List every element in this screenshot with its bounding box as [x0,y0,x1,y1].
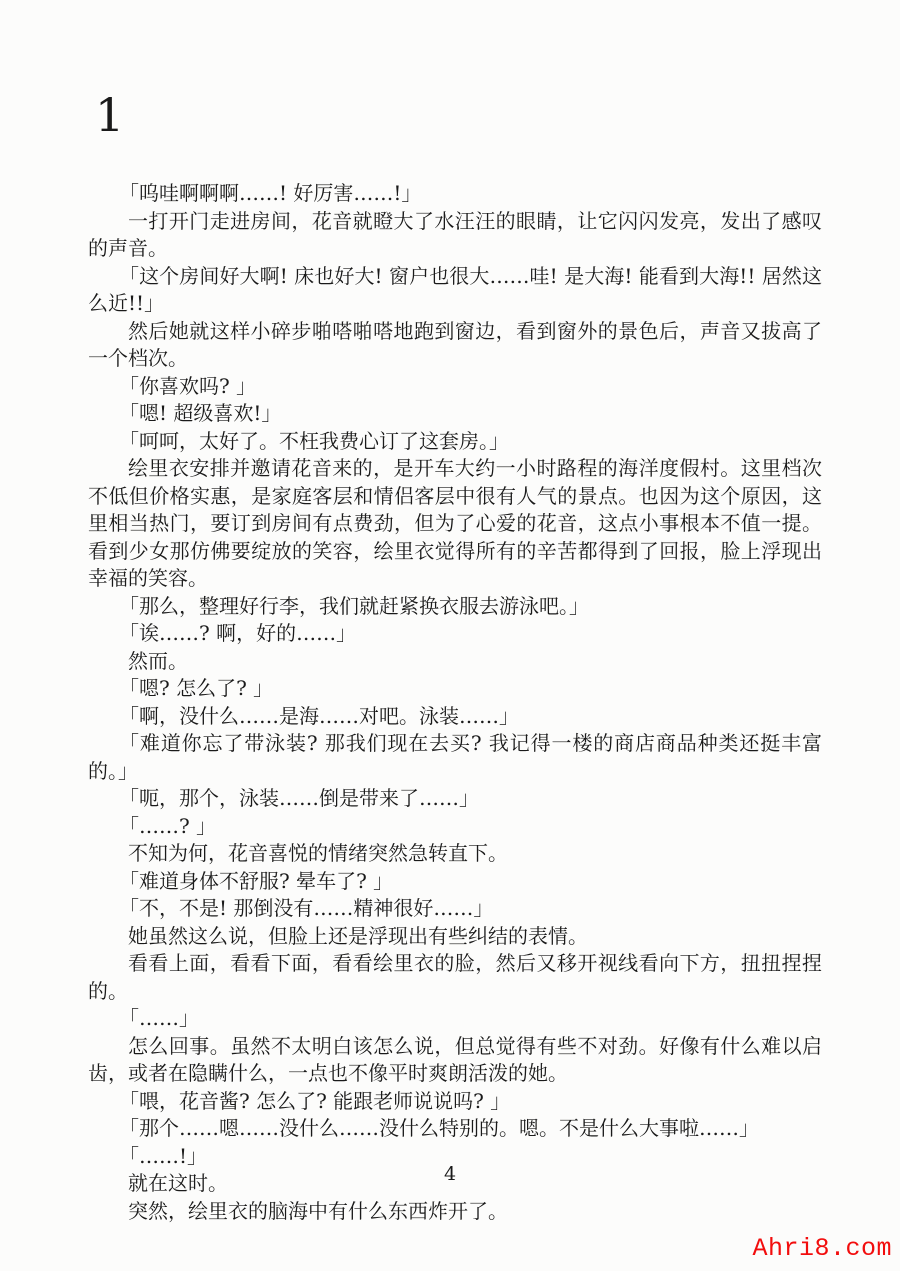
paragraph: 她虽然这么说，但脸上还是浮现出有些纠结的表情。 [88,923,822,951]
paragraph: 然而。 [88,648,822,676]
paragraph: 「那个……嗯……没什么……没什么特别的。嗯。不是什么大事啦……」 [88,1115,822,1143]
paragraph: 看看上面，看看下面，看看绘里衣的脸，然后又移开视线看向下方，扭扭捏捏的。 [88,950,822,1005]
watermark: Ahri8.com [752,1234,892,1263]
page-number: 4 [0,1163,900,1185]
paragraph: 「难道你忘了带泳装? 那我们现在去买? 我记得一楼的商店商品种类还挺丰富的。」 [88,730,822,785]
paragraph: 「呃，那个，泳装……倒是带来了……」 [88,785,822,813]
paragraph: 「你喜欢吗? 」 [88,373,822,401]
chapter-number: 1 [95,92,124,138]
paragraph: 「呵呵，太好了。不枉我费心订了这套房。」 [88,428,822,456]
book-page: 1 「呜哇啊啊啊……! 好厉害……!」一打开门走进房间，花音就瞪大了水汪汪的眼睛… [0,0,900,1271]
paragraph: 一打开门走进房间，花音就瞪大了水汪汪的眼睛，让它闪闪发亮，发出了感叹的声音。 [88,208,822,263]
paragraph: 「……」 [88,1005,822,1033]
paragraph: 「啊，没什么……是海……对吧。泳装……」 [88,703,822,731]
paragraph: 「那么，整理好行李，我们就赶紧换衣服去游泳吧。」 [88,593,822,621]
body-text: 「呜哇啊啊啊……! 好厉害……!」一打开门走进房间，花音就瞪大了水汪汪的眼睛，让… [88,180,822,1225]
paragraph: 「诶……? 啊，好的……」 [88,620,822,648]
paragraph: 「……? 」 [88,813,822,841]
paragraph: 突然，绘里衣的脑海中有什么东西炸开了。 [88,1198,822,1226]
paragraph: 「难道身体不舒服? 晕车了? 」 [88,868,822,896]
paragraph: 不知为何，花音喜悦的情绪突然急转直下。 [88,840,822,868]
paragraph: 「嗯? 怎么了? 」 [88,675,822,703]
paragraph: 「这个房间好大啊! 床也好大! 窗户也很大……哇! 是大海! 能看到大海!! 居… [88,263,822,318]
paragraph: 「嗯! 超级喜欢!」 [88,400,822,428]
paragraph: 「呜哇啊啊啊……! 好厉害……!」 [88,180,822,208]
paragraph: 怎么回事。虽然不太明白该怎么说，但总觉得有些不对劲。好像有什么难以启齿，或者在隐… [88,1033,822,1088]
paragraph: 「喂，花音酱? 怎么了? 能跟老师说说吗? 」 [88,1088,822,1116]
paragraph: 绘里衣安排并邀请花音来的，是开车大约一小时路程的海洋度假村。这里档次不低但价格实… [88,455,822,593]
paragraph: 「不，不是! 那倒没有……精神很好……」 [88,895,822,923]
paragraph: 然后她就这样小碎步啪嗒啪嗒地跑到窗边，看到窗外的景色后，声音又拔高了一个档次。 [88,318,822,373]
